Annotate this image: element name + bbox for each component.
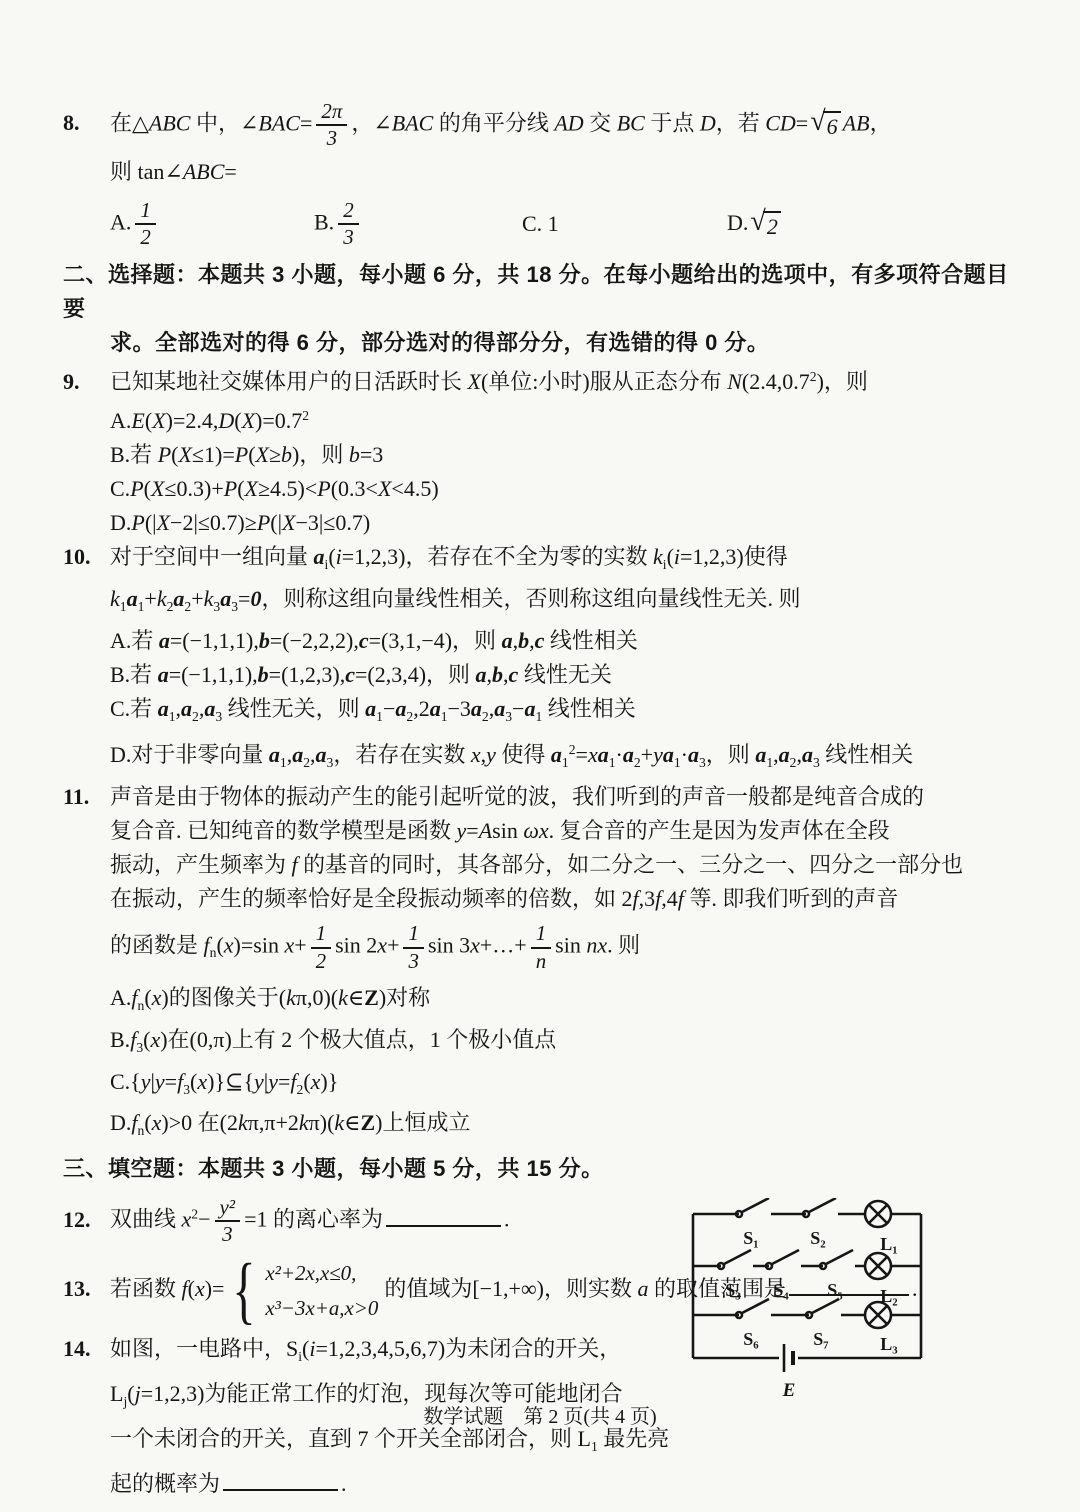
text: )= bbox=[205, 1276, 225, 1301]
cases-brace: { bbox=[233, 1259, 256, 1323]
text: 线性无关，则 bbox=[222, 696, 365, 721]
vector-symbol: a bbox=[204, 696, 215, 721]
text: )=2.4, bbox=[166, 408, 219, 433]
text: )上恒成立 bbox=[375, 1110, 470, 1135]
vector-symbol: a bbox=[269, 742, 280, 767]
math-variable: x bbox=[470, 933, 480, 958]
option-c: C.若 a1,a2,a3 线性无关，则 a1−a2,2a1−3a2,a3−a1 … bbox=[110, 692, 1025, 734]
math-variable: D bbox=[218, 408, 234, 433]
text: )在(0,π)上有 2 个极大值点，1 个极小值点 bbox=[160, 1027, 556, 1052]
math-variable: x bbox=[195, 1276, 205, 1301]
text: + bbox=[191, 586, 203, 611]
text: 的角平分线 bbox=[433, 110, 554, 135]
text: 线性相关 bbox=[820, 742, 914, 767]
text: ( bbox=[234, 408, 241, 433]
math-variable: x bbox=[182, 1207, 192, 1232]
exam-page: 8. 在△ABC 中，∠BAC=2π3，∠BAC 的角平分线 AD 交 BC 于… bbox=[0, 0, 1080, 1512]
text: 起的概率为 bbox=[110, 1471, 220, 1496]
subscript: 2 bbox=[634, 755, 641, 770]
text: ( bbox=[216, 933, 223, 958]
switch-s1-label: S₁ bbox=[743, 1228, 758, 1248]
subscript: 1 bbox=[120, 599, 127, 614]
switch-s3-label: S₃ bbox=[725, 1280, 741, 1300]
switch-s3-icon bbox=[718, 1250, 751, 1269]
text: (2.4,0.7 bbox=[742, 369, 810, 394]
lamp-l3-label: L₃ bbox=[880, 1334, 898, 1354]
vector-symbol: a bbox=[623, 742, 634, 767]
text: =(2,3,4)，则 bbox=[355, 662, 476, 687]
text: . bbox=[504, 1207, 510, 1232]
text: B.若 bbox=[110, 662, 158, 687]
vector-symbol: a bbox=[316, 742, 327, 767]
text: =(−1,1,1), bbox=[169, 662, 258, 687]
question-11-stem-line: 11. 声音是由于物体的振动产生的能引起听觉的波，我们听到的声音一般都是纯音合成… bbox=[63, 780, 1025, 814]
vector-symbol: a bbox=[158, 662, 169, 687]
text: 已知某地社交媒体用户的日活跃时长 bbox=[110, 369, 468, 394]
vector-symbol: a bbox=[779, 742, 790, 767]
text: C. 1 bbox=[522, 211, 559, 236]
math-variable: BAC bbox=[392, 110, 434, 135]
battery-icon bbox=[784, 1344, 793, 1372]
option-a: A.fn(x)的图像关于(kπ,0)(k∈Z)对称 bbox=[110, 981, 1025, 1023]
text: (| bbox=[270, 510, 282, 535]
text: ，若 bbox=[716, 110, 766, 135]
square-root: √6 bbox=[810, 111, 840, 139]
lamp-l2-icon bbox=[865, 1253, 891, 1279]
text: D. bbox=[727, 210, 748, 235]
circuit-diagram: S₁ S₂ S₃ S₄ S₅ S₆ S₇ L₁ L₂ L₃ E bbox=[686, 1198, 998, 1413]
text: − bbox=[198, 1207, 210, 1232]
text: = bbox=[278, 1069, 290, 1094]
text: =1,2,3)使得 bbox=[680, 544, 788, 569]
text: − bbox=[383, 696, 395, 721]
text: ( bbox=[144, 985, 151, 1010]
numerator: 2π bbox=[316, 100, 347, 126]
blank-underline bbox=[223, 1486, 338, 1491]
math-variable: k bbox=[334, 1110, 344, 1135]
page-footer: 数学试题 第 2 页(共 4 页) bbox=[0, 1400, 1080, 1429]
subscript: 2 bbox=[303, 755, 310, 770]
fraction: 12 bbox=[135, 199, 155, 250]
numerator: 2 bbox=[338, 199, 358, 225]
text: 双曲线 bbox=[110, 1207, 182, 1232]
option-c: C. 1 bbox=[522, 211, 727, 237]
text: ( bbox=[237, 476, 244, 501]
text: . bbox=[341, 1471, 347, 1496]
section-2-header: 二、选择题：本题共 3 小题，每小题 6 分，共 18 分。在每小题给出的选项中… bbox=[63, 258, 1025, 360]
math-variable: k bbox=[299, 1110, 309, 1135]
text: =3 bbox=[360, 442, 383, 467]
denominator: 3 bbox=[222, 1222, 232, 1246]
question-number: 11. bbox=[63, 784, 110, 810]
q14-line-1: 如图，一电路中，Si(i=1,2,3,4,5,6,7)为未闭合的开关， bbox=[110, 1330, 710, 1375]
vector-symbol: a bbox=[502, 628, 513, 653]
option-c: C.P(X≤0.3)+P(X≥4.5)<P(0.3<X<4.5) bbox=[110, 472, 1025, 506]
text: π,0)( bbox=[296, 985, 338, 1010]
switch-s7-label: S₇ bbox=[813, 1329, 828, 1349]
vector-symbol: b bbox=[492, 662, 503, 687]
switch-s2-label: S₂ bbox=[810, 1228, 825, 1248]
text: 中，∠ bbox=[190, 110, 258, 135]
text: B. bbox=[110, 1027, 130, 1052]
text: + bbox=[294, 933, 306, 958]
text: D. bbox=[110, 510, 131, 535]
vector-symbol: a bbox=[551, 742, 562, 767]
square-root: √2 bbox=[750, 211, 780, 239]
math-variable: k bbox=[157, 586, 167, 611]
math-variable: P bbox=[317, 476, 330, 501]
text: 最先亮 bbox=[598, 1426, 670, 1451]
cases-row: x³−3x+a,x>0 bbox=[265, 1297, 378, 1320]
question-11-stem-3: 振动，产生频率为 f 的基音的同时，其各部分，如二分之一、三分之一、四分之一部分… bbox=[110, 848, 1025, 882]
option-a: A.12 bbox=[110, 199, 314, 250]
math-variable: P bbox=[257, 510, 270, 535]
section-2-line-2: 求。全部选对的得 6 分，部分选对的得部分分，有选错的得 0 分。 bbox=[110, 326, 1025, 360]
question-10-stem-cont: k1a1+k2a2+k3a3=0，则称这组向量线性相关，否则称这组向量线性无关.… bbox=[110, 582, 1025, 624]
question-number: 8. bbox=[63, 110, 110, 136]
vector-symbol: a bbox=[430, 696, 441, 721]
text: ( bbox=[144, 476, 151, 501]
numerator: y² bbox=[215, 1196, 241, 1222]
switch-s5-icon bbox=[820, 1250, 853, 1269]
math-variable: x bbox=[150, 1027, 160, 1052]
text: ( bbox=[328, 544, 335, 569]
option-b: B.f3(x)在(0,π)上有 2 个极大值点，1 个极小值点 bbox=[110, 1023, 1025, 1065]
denominator: 2 bbox=[140, 225, 150, 249]
subscript: 3 bbox=[699, 755, 706, 770]
text: 对于空间中一组向量 bbox=[110, 544, 314, 569]
math-variable: BC bbox=[617, 110, 645, 135]
math-variable: x bbox=[471, 742, 481, 767]
text: 的基音的同时，其各部分，如二分之一、三分之一、四分之一部分也 bbox=[298, 852, 964, 877]
text: <4.5) bbox=[391, 476, 438, 501]
text: · bbox=[681, 742, 688, 767]
text: +…+ bbox=[480, 933, 527, 958]
math-variable: y bbox=[486, 742, 496, 767]
math-variable: P bbox=[131, 510, 144, 535]
math-variable: b bbox=[349, 442, 360, 467]
text: (单位:小时)服从正态分布 bbox=[481, 369, 727, 394]
subscript: 1 bbox=[441, 708, 448, 723]
numerator: 1 bbox=[403, 922, 423, 948]
subscript: 1 bbox=[562, 755, 569, 770]
math-variable: X bbox=[157, 510, 170, 535]
subscript: 1 bbox=[591, 1439, 598, 1454]
text: B.若 bbox=[110, 442, 158, 467]
option-b: B.23 bbox=[314, 199, 522, 250]
math-variable: AD bbox=[554, 110, 583, 135]
text: A. bbox=[110, 408, 131, 433]
text: 如图，一电路中，S bbox=[110, 1336, 298, 1361]
question-8-stem-cont: 则 tan∠ABC= bbox=[110, 155, 1025, 189]
text: 的函数是 bbox=[110, 933, 204, 958]
text: (0.3< bbox=[331, 476, 378, 501]
set-symbol: Z bbox=[364, 985, 379, 1010]
vector-symbol: a bbox=[598, 742, 609, 767]
text: ( bbox=[667, 544, 674, 569]
lamp-l1-icon bbox=[865, 1201, 891, 1227]
text: )对称 bbox=[379, 985, 430, 1010]
math-variable: nx bbox=[586, 933, 607, 958]
text: =(−1,1,1), bbox=[170, 628, 259, 653]
text: 线性无关 bbox=[518, 662, 612, 687]
math-variable: ABC bbox=[149, 110, 191, 135]
math-variable: k bbox=[338, 985, 348, 1010]
denominator: n bbox=[536, 949, 546, 973]
math-variable: P bbox=[235, 442, 248, 467]
text: 线性相关 bbox=[544, 628, 638, 653]
text: 一个未闭合的开关，直到 7 个开关全部闭合，则 L bbox=[110, 1426, 591, 1451]
math-variable: y bbox=[268, 1069, 278, 1094]
subscript: 1 bbox=[376, 708, 383, 723]
option-b: B.若 P(X≤1)=P(X≥b)，则 b=3 bbox=[110, 438, 1025, 472]
math-variable: N bbox=[727, 369, 742, 394]
question-number: 14. bbox=[63, 1336, 110, 1362]
math-variable: x bbox=[197, 1069, 207, 1094]
text: )}⊆{ bbox=[207, 1069, 254, 1094]
vector-symbol: b bbox=[518, 628, 529, 653]
text: )=0.7 bbox=[255, 408, 302, 433]
text: =(3,1,−4)，则 bbox=[369, 628, 502, 653]
math-variable: P bbox=[130, 476, 143, 501]
text: D. bbox=[110, 1110, 131, 1135]
text: ( bbox=[248, 442, 255, 467]
option-a: A.E(X)=2.4,D(X)=0.72 bbox=[110, 399, 1025, 438]
text: −2|≤0.7)≥ bbox=[170, 510, 257, 535]
question-11-function-line: 的函数是 fn(x)=sin x+12sin 2x+13sin 3x+…+1ns… bbox=[110, 922, 1025, 973]
math-variable: k bbox=[204, 586, 214, 611]
vector-symbol: a bbox=[755, 742, 766, 767]
vector-symbol: a bbox=[127, 586, 138, 611]
text: 在振动，产生的频率恰好是全段振动频率的倍数，如 2 bbox=[110, 886, 633, 911]
math-variable: x bbox=[311, 1069, 321, 1094]
vector-symbol: a bbox=[524, 696, 535, 721]
option-d: D.P(|X−2|≤0.7)≥P(|X−3|≤0.7) bbox=[110, 506, 1025, 540]
question-number: 12. bbox=[63, 1207, 110, 1233]
vector-symbol: a bbox=[476, 662, 487, 687]
text: = bbox=[165, 1069, 177, 1094]
text: ，则 bbox=[706, 742, 756, 767]
denominator: 3 bbox=[343, 225, 353, 249]
text: = bbox=[224, 159, 236, 184]
numerator: 1 bbox=[311, 922, 331, 948]
text: ≥4.5)< bbox=[258, 476, 317, 501]
vector-symbol: c bbox=[359, 628, 369, 653]
text: sin 2 bbox=[335, 933, 377, 958]
question-stem: 对于空间中一组向量 ai(i=1,2,3)，若存在不全为零的实数 ki(i=1,… bbox=[110, 540, 1025, 582]
math-variable: D bbox=[700, 110, 716, 135]
footer-text: 数学试题 第 2 页(共 4 页) bbox=[423, 1406, 656, 1428]
math-variable: P bbox=[224, 476, 237, 501]
math-variable: b bbox=[281, 442, 292, 467]
text: )>0 在(2 bbox=[161, 1110, 238, 1135]
blank-underline bbox=[386, 1222, 501, 1227]
vector-symbol: a bbox=[181, 696, 192, 721]
text: )，则 bbox=[292, 442, 349, 467]
text: + bbox=[387, 933, 399, 958]
denominator: 3 bbox=[327, 126, 337, 150]
battery-label: E bbox=[782, 1380, 796, 1401]
switch-s1-icon bbox=[736, 1198, 769, 1217]
text: (| bbox=[145, 510, 157, 535]
math-variable: X bbox=[152, 408, 165, 433]
question-8-stem-line: 8. 在△ABC 中，∠BAC=2π3，∠BAC 的角平分线 AD 交 BC 于… bbox=[63, 100, 1025, 151]
math-variable: k bbox=[110, 586, 120, 611]
vector-symbol: a bbox=[494, 696, 505, 721]
switch-s4-label: S₄ bbox=[773, 1280, 789, 1300]
piecewise-cases: {x²+2x,x≤0,x³−3x+a,x>0 bbox=[226, 1259, 378, 1323]
math-variable: k bbox=[653, 544, 663, 569]
superscript: 2 bbox=[569, 742, 576, 757]
vector-symbol: a bbox=[365, 696, 376, 721]
text: C. bbox=[110, 476, 130, 501]
question-11-stem-4: 在振动，产生的频率恰好是全段振动频率的倍数，如 2f,3f,4f 等. 即我们听… bbox=[110, 882, 1025, 916]
option-d: D.对于非零向量 a1,a2,a3，若存在实数 x,y 使得 a12=xa1·a… bbox=[110, 733, 1025, 780]
text: 振动，产生频率为 bbox=[110, 852, 292, 877]
question-number: 10. bbox=[63, 544, 110, 570]
option-d: D.√2 bbox=[727, 210, 783, 239]
text: C.{ bbox=[110, 1069, 141, 1094]
math-variable: CD bbox=[765, 110, 796, 135]
subscript: 2 bbox=[192, 708, 199, 723]
text: A.若 bbox=[110, 628, 159, 653]
denominator: 3 bbox=[408, 949, 418, 973]
question-9: 9. 已知某地社交媒体用户的日活跃时长 X(单位:小时)服从正态分布 N(2.4… bbox=[63, 360, 1025, 540]
question-11-stem-2: 复合音. 已知纯音的数学模型是函数 y=Asin ωx. 复合音的产生是因为发声… bbox=[110, 814, 1025, 848]
vector-symbol: a bbox=[471, 696, 482, 721]
text: )，则 bbox=[817, 369, 868, 394]
section-3-line-1: 三、填空题：本题共 3 小题，每小题 5 分，共 15 分。 bbox=[63, 1152, 1025, 1186]
denominator: 2 bbox=[316, 949, 326, 973]
text: 在△ bbox=[110, 110, 149, 135]
fraction: 12 bbox=[311, 922, 331, 973]
fraction: 2π3 bbox=[316, 100, 347, 151]
math-variable: X bbox=[151, 476, 164, 501]
option-c: C.{y|y=f3(x)}⊆{y|y=f2(x)} bbox=[110, 1065, 1025, 1107]
question-stem: 声音是由于物体的振动产生的能引起听觉的波，我们听到的声音一般都是纯音合成的 bbox=[110, 780, 1025, 814]
math-variable: BAC bbox=[258, 110, 300, 135]
question-8-options: A.12 B.23 C. 1 D.√2 bbox=[110, 199, 1025, 250]
math-variable: x bbox=[224, 933, 234, 958]
vector-symbol: b bbox=[259, 628, 270, 653]
text: ≤1)= bbox=[192, 442, 235, 467]
switch-s2-icon bbox=[803, 1198, 836, 1217]
text: + bbox=[641, 742, 653, 767]
text: ,3 bbox=[639, 886, 656, 911]
text: ∈ bbox=[344, 1110, 360, 1135]
question-9-stem-line: 9. 已知某地社交媒体用户的日活跃时长 X(单位:小时)服从正态分布 N(2.4… bbox=[63, 360, 1025, 399]
subscript: 1 bbox=[674, 755, 681, 770]
vector-symbol: a bbox=[158, 696, 169, 721]
text: ,4 bbox=[661, 886, 678, 911]
subscript: 3 bbox=[183, 1081, 190, 1096]
numerator: 1 bbox=[135, 199, 155, 225]
text: ，则称这组向量线性相关，否则称这组向量线性无关. 则 bbox=[261, 586, 800, 611]
text: · bbox=[616, 742, 623, 767]
text: ,2 bbox=[413, 696, 430, 721]
subscript: 1 bbox=[169, 708, 176, 723]
switch-s4-icon bbox=[766, 1250, 799, 1269]
text: D.对于非零向量 bbox=[110, 742, 269, 767]
text: =(1,2,3), bbox=[269, 662, 346, 687]
math-variable: y bbox=[155, 1069, 165, 1094]
text: . 复合音的产生是因为发声体在全段 bbox=[549, 818, 890, 843]
section-3-header: 三、填空题：本题共 3 小题，每小题 5 分，共 15 分。 bbox=[63, 1152, 1025, 1186]
math-variable: E bbox=[131, 408, 144, 433]
lamp-l2-label: L₂ bbox=[880, 1286, 897, 1306]
text: 使得 bbox=[496, 742, 551, 767]
math-variable: x bbox=[284, 933, 294, 958]
text: C.若 bbox=[110, 696, 158, 721]
text: ，∠ bbox=[351, 110, 391, 135]
fraction: y²3 bbox=[215, 1196, 241, 1247]
text: B. bbox=[314, 209, 334, 234]
text: ∈ bbox=[348, 985, 364, 1010]
text: A. bbox=[110, 209, 131, 234]
option-d: D.fn(x)>0 在(2kπ,π+2kπ)(k∈Z)上恒成立 bbox=[110, 1106, 1025, 1148]
text: 声音是由于物体的振动产生的能引起听觉的波，我们听到的声音一般都是纯音合成的 bbox=[110, 784, 924, 809]
lamp-l1-label: L₁ bbox=[880, 1234, 897, 1254]
math-variable: AB bbox=[843, 110, 870, 135]
text: 复合音. 已知纯音的数学模型是函数 bbox=[110, 818, 457, 843]
vector-symbol: a bbox=[395, 696, 406, 721]
text: π)( bbox=[309, 1110, 335, 1135]
math-variable: P bbox=[158, 442, 171, 467]
text: =1,2,3,4,5,6,7)为未闭合的开关， bbox=[316, 1336, 622, 1361]
subscript: 2 bbox=[482, 708, 489, 723]
vector-symbol: c bbox=[509, 662, 519, 687]
question-number: 13. bbox=[63, 1276, 110, 1302]
text: )=sin bbox=[234, 933, 285, 958]
question-stem: 已知某地社交媒体用户的日活跃时长 X(单位:小时)服从正态分布 N(2.4,0.… bbox=[110, 360, 1025, 399]
vector-symbol: 0 bbox=[250, 586, 261, 611]
question-stem: 在△ABC 中，∠BAC=2π3，∠BAC 的角平分线 AD 交 BC 于点 D… bbox=[110, 100, 1025, 151]
subscript: 3 bbox=[231, 599, 238, 614]
option-b: B.若 a=(−1,1,1),b=(1,2,3),c=(2,3,4)，则 a,b… bbox=[110, 658, 1025, 692]
text: ≥ bbox=[269, 442, 281, 467]
subscript: 3 bbox=[813, 755, 820, 770]
vector-symbol: b bbox=[258, 662, 269, 687]
text: =1 的离心率为 bbox=[244, 1207, 383, 1232]
text: 若函数 bbox=[110, 1276, 182, 1301]
text: 交 bbox=[584, 110, 617, 135]
math-variable: y bbox=[653, 742, 663, 767]
vector-symbol: a bbox=[292, 742, 303, 767]
vector-symbol: a bbox=[802, 742, 813, 767]
math-variable: y bbox=[254, 1069, 264, 1094]
math-variable: x bbox=[377, 933, 387, 958]
text: = bbox=[238, 586, 250, 611]
text: . 则 bbox=[607, 933, 640, 958]
math-variable: X bbox=[178, 442, 191, 467]
text: ≤0.3)+ bbox=[164, 476, 223, 501]
math-variable: a bbox=[637, 1276, 648, 1301]
text: −3|≤0.7) bbox=[295, 510, 370, 535]
math-variable: x bbox=[152, 985, 162, 1010]
text: A. bbox=[110, 985, 131, 1010]
vector-symbol: a bbox=[220, 586, 231, 611]
text: 的值域为[−1,+∞)，则实数 bbox=[384, 1276, 637, 1301]
vector-symbol: a bbox=[663, 742, 674, 767]
switch-s6-label: S₆ bbox=[743, 1329, 759, 1349]
math-variable: X bbox=[256, 442, 269, 467]
text: ( bbox=[303, 1069, 310, 1094]
text: −3 bbox=[448, 696, 471, 721]
math-variable: A bbox=[479, 818, 492, 843]
q14-line-4: 起的概率为. bbox=[110, 1465, 710, 1502]
cases-row: x²+2x,x≤0, bbox=[265, 1262, 378, 1285]
radical-sign: √ bbox=[750, 208, 765, 236]
